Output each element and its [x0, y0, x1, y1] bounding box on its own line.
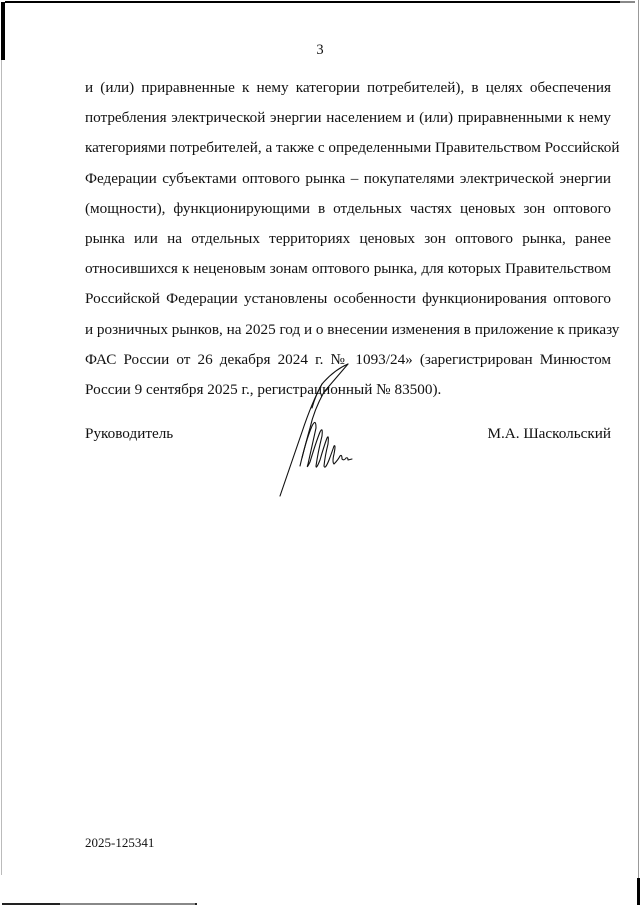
scan-edge — [620, 1, 635, 3]
body-line: и (или) приравненные к нему категории по… — [85, 73, 611, 103]
body-line: относившихся к неценовым зонам оптового … — [85, 254, 611, 284]
body-paragraph: и (или) приравненные к нему категории по… — [85, 73, 611, 405]
document-registration-number: 2025-125341 — [85, 835, 154, 851]
body-line: рынка или на отдельных территориях ценов… — [85, 224, 611, 254]
signer-title: Руководитель — [85, 425, 173, 443]
body-line: потребления электрической энергии населе… — [85, 103, 611, 133]
page-number: 3 — [0, 42, 640, 59]
body-line: (мощности), функционирующими в отдельных… — [85, 194, 611, 224]
document-page: 3 и (или) приравненные к нему категории … — [0, 0, 640, 905]
body-line: и розничных рынков, на 2025 год и о внес… — [85, 315, 611, 345]
scan-edge — [5, 1, 635, 3]
body-line: категориями потребителей, а также с опре… — [85, 133, 611, 163]
signature-image — [272, 362, 362, 498]
scan-edge — [1, 60, 2, 875]
body-line: Российской Федерации установлены особенн… — [85, 284, 611, 314]
scan-edge — [638, 0, 639, 905]
signer-name: М.А. Шаскольский — [487, 425, 611, 443]
body-line: Федерации субъектами оптового рынка – по… — [85, 164, 611, 194]
